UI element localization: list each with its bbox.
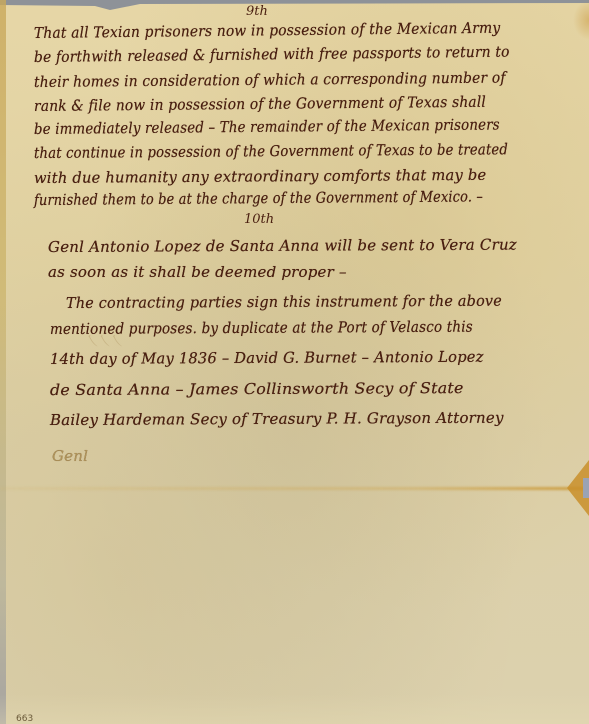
closing-line-4: de Santa Anna – James Collinsworth Secy … <box>50 379 464 399</box>
article-9-line-7: with due humanity any extraordinary comf… <box>34 166 486 187</box>
manuscript-page: ﾉ ﾉ ﾉ 9th That all Texian prisoners now … <box>0 0 589 724</box>
article-10-number: 10th <box>244 212 274 227</box>
archive-mark: 663 <box>16 714 33 724</box>
closing-line-5: Bailey Hardeman Secy of Treasury P. H. G… <box>50 409 504 429</box>
manuscript-text: ﾉ ﾉ ﾉ 9th That all Texian prisoners now … <box>0 0 589 724</box>
article-9-line-6: that continue in possession of the Gover… <box>34 140 508 162</box>
article-9-line-3: their homes in consideration of which a … <box>34 69 506 91</box>
closing-line-6: Genl <box>52 447 88 465</box>
article-9-line-8: furnished them to be at the charge of th… <box>34 187 483 209</box>
article-9-line-4: rank & file now in possession of the Gov… <box>34 93 486 115</box>
closing-line-1: The contracting parties sign this instru… <box>66 292 502 312</box>
article-10-line-1: Genl Antonio Lopez de Santa Anna will be… <box>48 236 517 256</box>
article-9-line-1: That all Texian prisoners now in possess… <box>34 19 500 42</box>
article-10-line-2: as soon as it shall be deemed proper – <box>48 263 347 281</box>
article-9-line-2: be forthwith released & furnished with f… <box>34 43 510 66</box>
article-9-line-5: be immediately released – The remainder … <box>34 115 500 138</box>
closing-line-3: 14th day of May 1836 – David G. Burnet –… <box>50 348 484 368</box>
article-9-number: 9th <box>246 4 268 19</box>
closing-line-2: mentioned purposes. by duplicate at the … <box>50 318 473 338</box>
